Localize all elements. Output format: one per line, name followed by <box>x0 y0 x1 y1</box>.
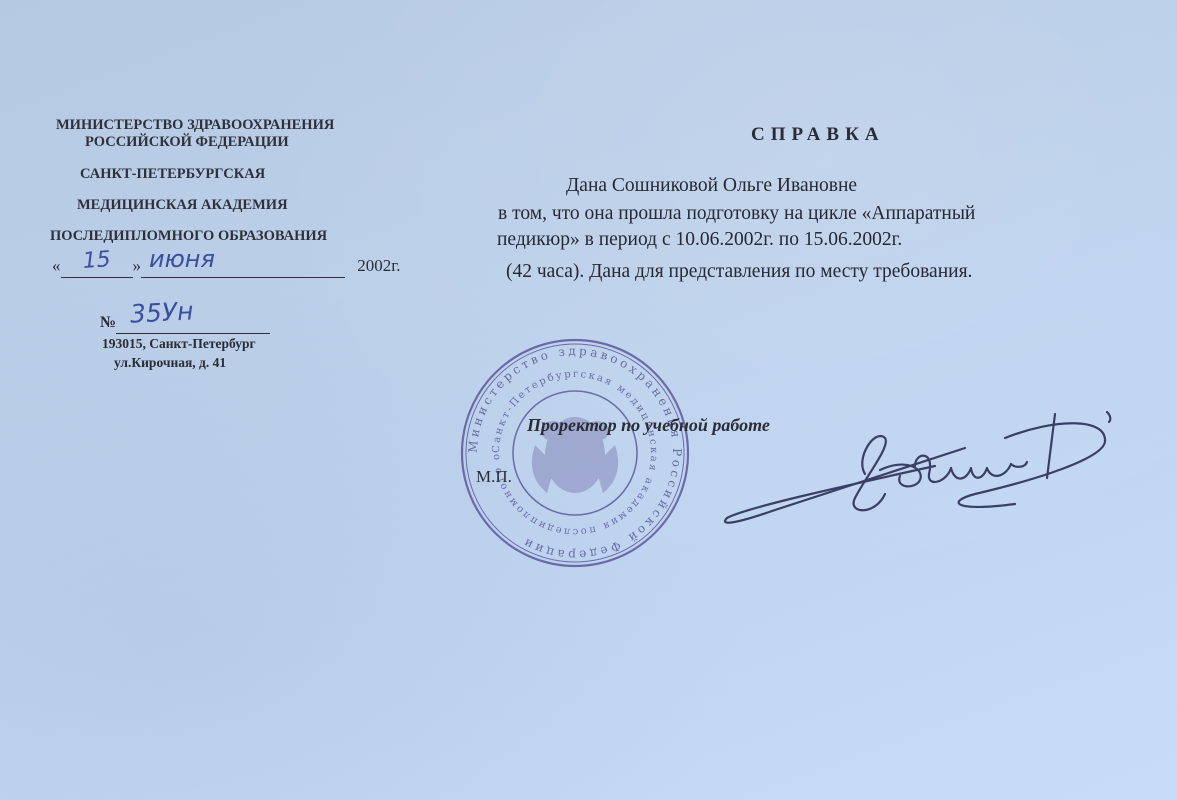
date-month-handwritten: июня <box>149 245 215 273</box>
ministry-line-1: МИНИСТЕРСТВО ЗДРАВООХРАНЕНИЯ <box>56 117 334 134</box>
document-title: СПРАВКА <box>751 124 885 146</box>
date-day-field: 15 <box>61 252 133 278</box>
number-label: № <box>100 314 116 331</box>
date-close-quote: » <box>133 256 142 275</box>
document-number: №35Ун <box>100 304 270 334</box>
address-line-2: ул.Кирочная, д. 41 <box>114 355 226 371</box>
date-open-quote: « <box>52 256 61 275</box>
date-month-field: июня <box>141 249 345 278</box>
address-line-1: 193015, Санкт-Петербург <box>102 336 256 352</box>
issue-date: «15»июня 2002г. <box>52 249 401 278</box>
handwritten-signature <box>715 398 1125 528</box>
body-line-3: педикюр» в период с 10.06.2002г. по 15.0… <box>497 229 902 251</box>
body-line-1: Дана Сошниковой Ольге Ивановне <box>566 175 857 197</box>
ministry-line-2: РОССИЙСКОЙ ФЕДЕРАЦИИ <box>85 134 289 151</box>
body-line-2: в том, что она прошла подготовку на цикл… <box>498 203 975 225</box>
date-year: 2002г. <box>357 256 400 275</box>
official-stamp: Министерство здравоохранения Российской … <box>455 335 695 571</box>
academy-line-2: МЕДИЦИНСКАЯ АКАДЕМИЯ <box>77 197 288 214</box>
body-line-4: (42 часа). Дана для представления по мес… <box>506 261 972 283</box>
number-field: 35Ун <box>116 304 270 334</box>
date-day-handwritten: 15 <box>81 247 111 274</box>
number-handwritten: 35Ун <box>129 296 194 328</box>
academy-line-1: САНКТ-ПЕТЕРБУРГСКАЯ <box>80 166 265 183</box>
stamp-place-label: М.П. <box>476 467 512 487</box>
academy-line-3: ПОСЛЕДИПЛОМНОГО ОБРАЗОВАНИЯ <box>50 228 327 245</box>
